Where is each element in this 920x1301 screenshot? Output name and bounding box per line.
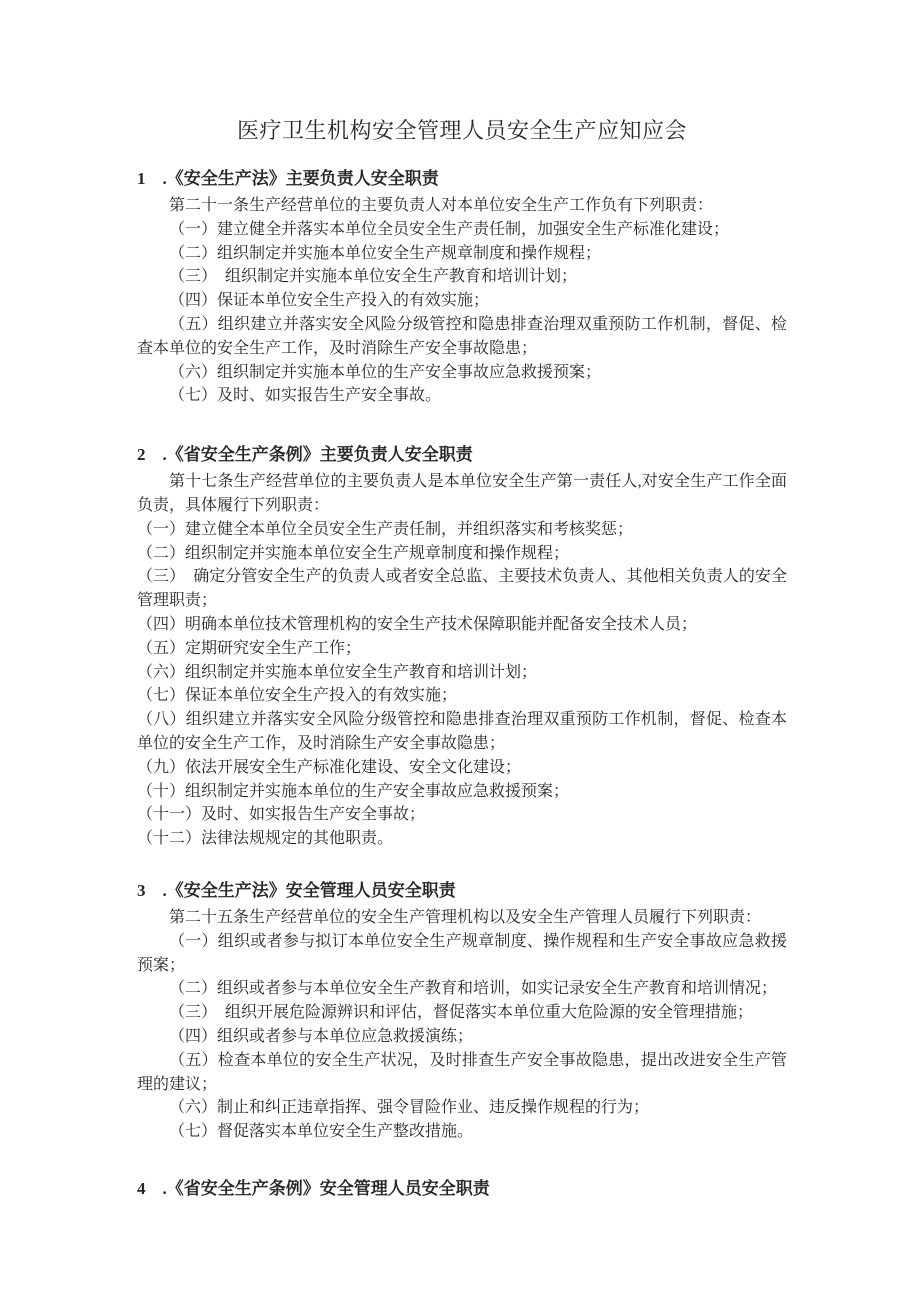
list-item: （六）组织制定并实施本单位的生产安全事故应急救援预案； bbox=[137, 361, 787, 385]
paragraph: 第十七条生产经营单位的主要负责人是本单位安全生产第一责任人,对安全生产工作全面负… bbox=[137, 470, 787, 518]
list-item: （二）组织制定并实施本单位安全生产规章制度和操作规程； bbox=[137, 542, 787, 566]
paragraph: 第二十一条生产经营单位的主要负责人对本单位安全生产工作负有下列职责： bbox=[137, 194, 787, 218]
list-item: （一）建立健全并落实本单位全员安全生产责任制，加强安全生产标准化建设； bbox=[137, 218, 787, 242]
section-1: 1 .《安全生产法》主要负责人安全职责 第二十一条生产经营单位的主要负责人对本单… bbox=[137, 166, 787, 408]
section-2: 2 .《省安全生产条例》主要负责人安全职责 第十七条生产经营单位的主要负责人是本… bbox=[137, 442, 787, 851]
list-item: （二）组织或者参与本单位安全生产教育和培训，如实记录安全生产教育和培训情况； bbox=[137, 977, 787, 1001]
list-item: （五）检查本单位的安全生产状况，及时排查生产安全事故隐患，提出改进安全生产管理的… bbox=[137, 1049, 787, 1097]
section-2-heading: 2 .《省安全生产条例》主要负责人安全职责 bbox=[137, 442, 787, 468]
section-3: 3 .《安全生产法》安全管理人员安全职责 第二十五条生产经营单位的安全生产管理机… bbox=[137, 878, 787, 1144]
list-item: （三） 组织开展危险源辨识和评估，督促落实本单位重大危险源的安全管理措施； bbox=[137, 1001, 787, 1025]
section-4-heading: 4 .《省安全生产条例》安全管理人员安全职责 bbox=[137, 1176, 787, 1202]
list-item: （二）组织制定并实施本单位安全生产规章制度和操作规程； bbox=[137, 242, 787, 266]
section-3-heading: 3 .《安全生产法》安全管理人员安全职责 bbox=[137, 878, 787, 904]
list-item: （七）督促落实本单位安全生产整改措施。 bbox=[137, 1120, 787, 1144]
list-item: （十二）法律法规规定的其他职责。 bbox=[137, 827, 787, 851]
list-item: （三） 确定分管安全生产的负责人或者安全总监、主要技术负责人、其他相关负责人的安… bbox=[137, 565, 787, 613]
list-item: （三） 组织制定并实施本单位安全生产教育和培训计划； bbox=[137, 265, 787, 289]
list-item: （七）及时、如实报告生产安全事故。 bbox=[137, 384, 787, 408]
list-item: （六）组织制定并实施本单位安全生产教育和培训计划； bbox=[137, 661, 787, 685]
list-item: （八）组织建立并落实安全风险分级管控和隐患排查治理双重预防工作机制，督促、检查本… bbox=[137, 708, 787, 756]
list-item: （十）组织制定并实施本单位的生产安全事故应急救援预案； bbox=[137, 780, 787, 804]
list-item: （六）制止和纠正违章指挥、强令冒险作业、违反操作规程的行为； bbox=[137, 1096, 787, 1120]
list-item: （一）组织或者参与拟订本单位安全生产规章制度、操作规程和生产安全事故应急救援预案… bbox=[137, 930, 787, 978]
list-item: （五）组织建立并落实安全风险分级管控和隐患排查治理双重预防工作机制，督促、检查本… bbox=[137, 313, 787, 361]
section-4: 4 .《省安全生产条例》安全管理人员安全职责 bbox=[137, 1176, 787, 1202]
list-item: （七）保证本单位安全生产投入的有效实施； bbox=[137, 684, 787, 708]
document-title: 医疗卫生机构安全管理人员安全生产应知应会 bbox=[137, 116, 787, 146]
paragraph: 第二十五条生产经营单位的安全生产管理机构以及安全生产管理人员履行下列职责： bbox=[137, 906, 787, 930]
section-1-heading: 1 .《安全生产法》主要负责人安全职责 bbox=[137, 166, 787, 192]
list-item: （一）建立健全本单位全员安全生产责任制，并组织落实和考核奖惩； bbox=[137, 518, 787, 542]
document-page: 医疗卫生机构安全管理人员安全生产应知应会 1 .《安全生产法》主要负责人安全职责… bbox=[0, 0, 920, 1301]
list-item: （十一）及时、如实报告生产安全事故； bbox=[137, 803, 787, 827]
list-item: （四）组织或者参与本单位应急救援演练； bbox=[137, 1025, 787, 1049]
list-item: （五）定期研究安全生产工作； bbox=[137, 637, 787, 661]
list-item: （九）依法开展安全生产标准化建设、安全文化建设； bbox=[137, 756, 787, 780]
list-item: （四）保证本单位安全生产投入的有效实施； bbox=[137, 289, 787, 313]
list-item: （四）明确本单位技术管理机构的安全生产技术保障职能并配备安全技术人员； bbox=[137, 613, 787, 637]
